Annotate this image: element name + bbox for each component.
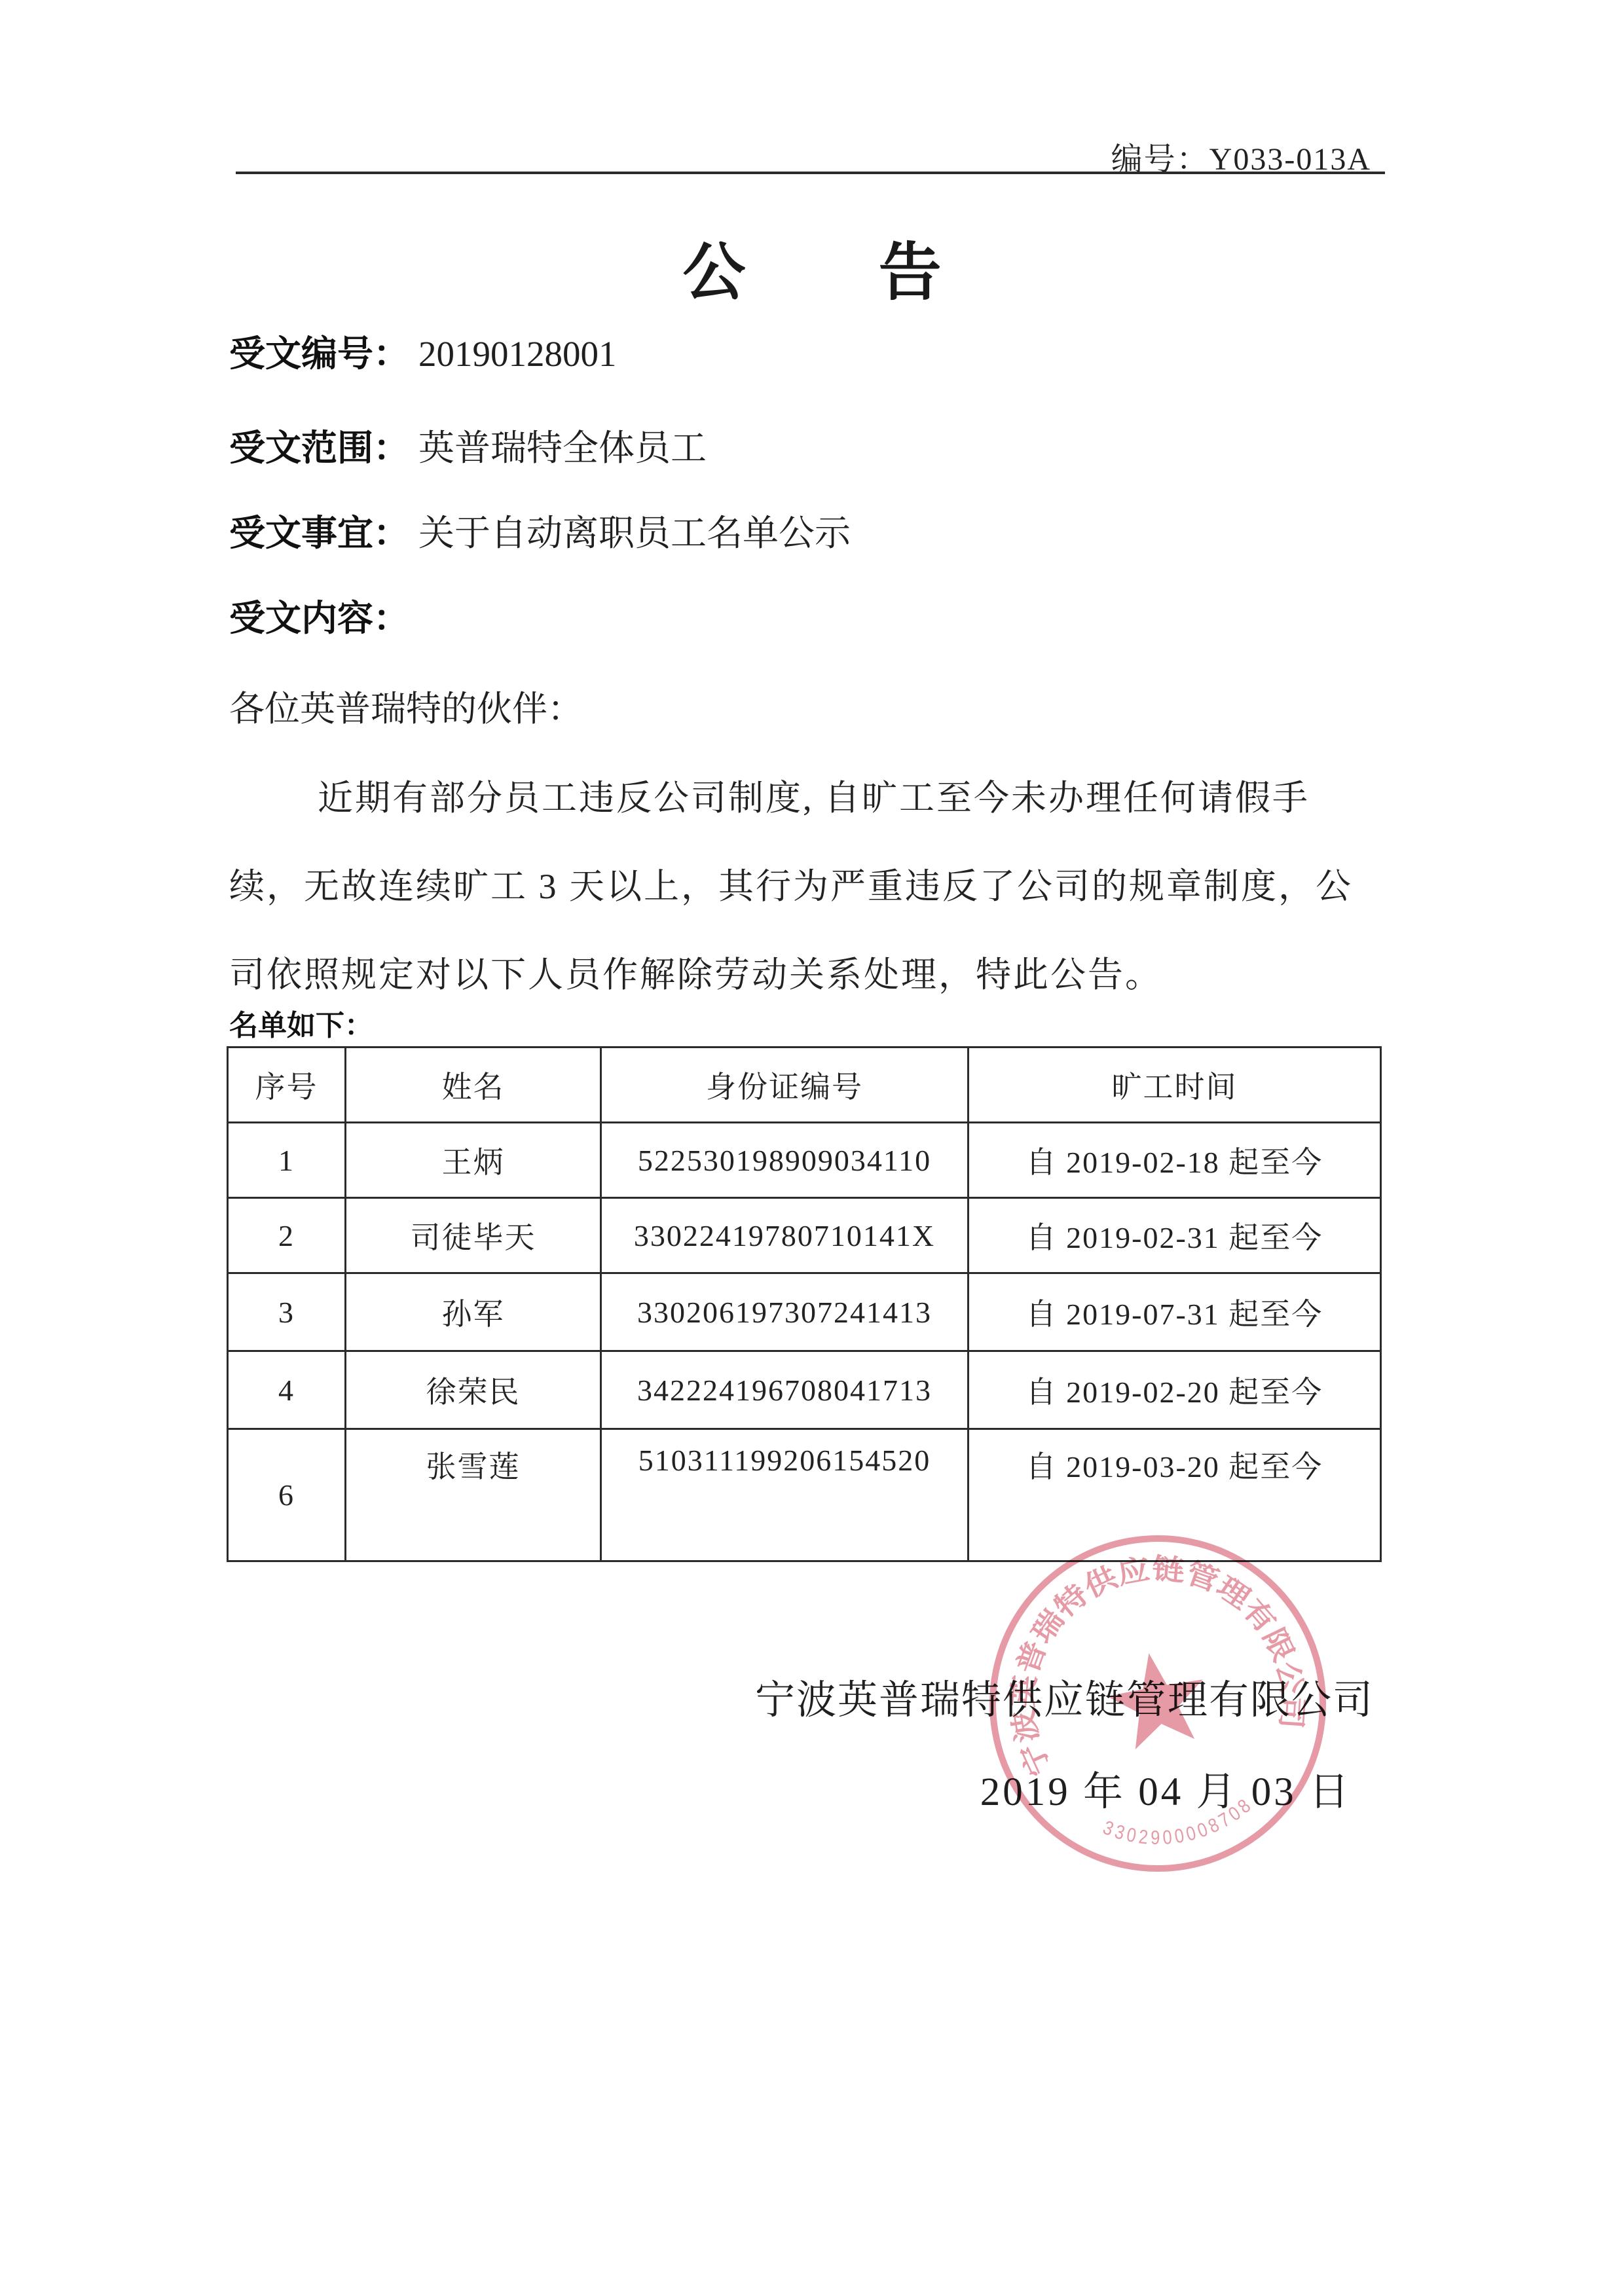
signature-date: 2019 年 04 月 03 日: [980, 1760, 1352, 1817]
cell-id-number: 33022419780710141X: [601, 1198, 969, 1273]
doc-title: 公 告: [0, 223, 1624, 312]
field-label: 受文编号：: [229, 333, 409, 374]
table-header-row: 序号 姓名 身份证编号 旷工时间: [228, 1048, 1381, 1123]
header-divider: [236, 172, 1385, 174]
cell-index: 2: [228, 1198, 346, 1273]
cell-id-number: 330206197307241413: [601, 1273, 969, 1351]
salutation: 各位英普瑞特的伙伴：: [229, 681, 583, 731]
list-intro: 名单如下：: [229, 1002, 373, 1044]
cell-absence-period: 自 2019-03-20 起至今: [969, 1429, 1381, 1561]
field-subject: 受文事宜：关于自动离职员工名单公示: [229, 504, 851, 556]
field-label: 受文范围：: [229, 428, 409, 468]
cell-absence-period: 自 2019-07-31 起至今: [969, 1273, 1381, 1351]
dismissed-employees-table: 序号 姓名 身份证编号 旷工时间 1 王炳 522530198909034110…: [227, 1046, 1382, 1562]
cell-id-number: 522530198909034110: [601, 1123, 969, 1198]
paragraph-line-3: 司依照规定对以下人员作解除劳动关系处理，特此公告。: [229, 947, 1162, 997]
table-row: 6 张雪莲 510311199206154520 自 2019-03-20 起至…: [228, 1429, 1381, 1561]
cell-name: 王炳: [346, 1123, 601, 1198]
cell-index: 4: [228, 1351, 346, 1429]
paragraph-line-1: 近期有部分员工违反公司制度, 自旷工至今未办理任何请假手: [229, 770, 1310, 820]
cell-index: 1: [228, 1123, 346, 1198]
field-label: 受文内容：: [229, 598, 409, 638]
cell-name: 张雪莲: [346, 1429, 601, 1561]
table-row: 2 司徒毕天 33022419780710141X 自 2019-02-31 起…: [228, 1198, 1381, 1273]
field-value: 关于自动离职员工名单公示: [418, 513, 851, 553]
cell-id-number: 342224196708041713: [601, 1351, 969, 1429]
col-header-id-number: 身份证编号: [601, 1048, 969, 1123]
signature-company: 宁波英普瑞特供应链管理有限公司: [755, 1668, 1374, 1725]
field-content: 受文内容：: [229, 589, 418, 641]
svg-text:宁波英普瑞特供应链管理有限公司: 宁波英普瑞特供应链管理有限公司: [984, 1530, 1316, 1783]
cell-index: 3: [228, 1273, 346, 1351]
cell-absence-period: 自 2019-02-18 起至今: [969, 1123, 1381, 1198]
document-page: 编号：Y033-013A 公 告 受文编号：20190128001 受文范围：英…: [0, 0, 1624, 2296]
seal-ring-text: 宁波英普瑞特供应链管理有限公司: [984, 1530, 1316, 1783]
field-scope: 受文范围：英普瑞特全体员工: [229, 419, 707, 471]
field-doc-id: 受文编号：20190128001: [229, 325, 617, 376]
cell-index: 6: [228, 1429, 346, 1561]
col-header-index: 序号: [228, 1048, 346, 1123]
cell-name: 司徒毕天: [346, 1198, 601, 1273]
field-value: 英普瑞特全体员工: [418, 428, 707, 468]
cell-id-number: 510311199206154520: [601, 1429, 969, 1561]
table-row: 1 王炳 522530198909034110 自 2019-02-18 起至今: [228, 1123, 1381, 1198]
table-row: 3 孙军 330206197307241413 自 2019-07-31 起至今: [228, 1273, 1381, 1351]
cell-absence-period: 自 2019-02-31 起至今: [969, 1198, 1381, 1273]
field-value: 20190128001: [418, 334, 617, 374]
cell-absence-period: 自 2019-02-20 起至今: [969, 1351, 1381, 1429]
col-header-name: 姓名: [346, 1048, 601, 1123]
table-row: 4 徐荣民 342224196708041713 自 2019-02-20 起至…: [228, 1351, 1381, 1429]
paragraph-line-2: 续，无故连续旷工 3 天以上，其行为严重违反了公司的规章制度，公: [229, 858, 1353, 909]
cell-name: 徐荣民: [346, 1351, 601, 1429]
cell-name: 孙军: [346, 1273, 601, 1351]
field-label: 受文事宜：: [229, 513, 409, 553]
col-header-absence-period: 旷工时间: [969, 1048, 1381, 1123]
